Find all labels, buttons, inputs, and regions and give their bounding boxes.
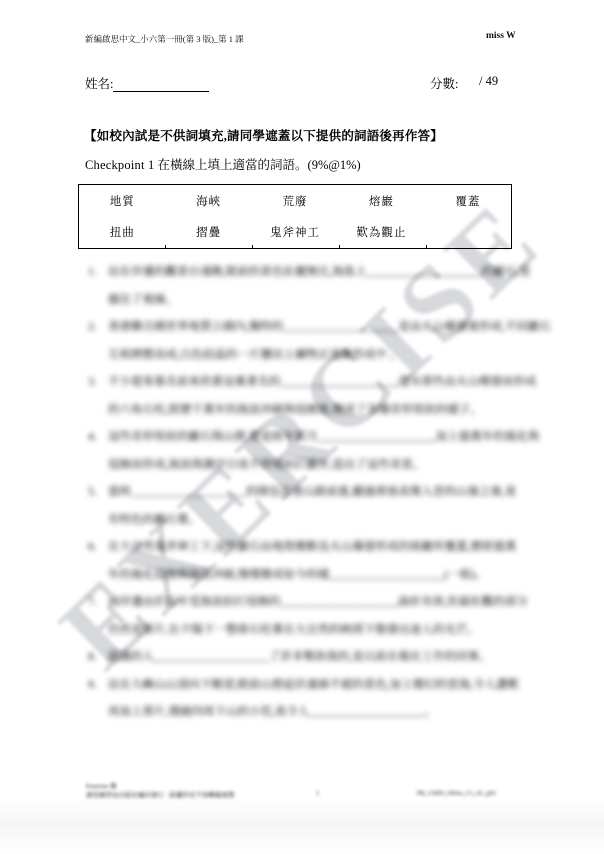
word-bank-cell bbox=[425, 217, 511, 249]
column-tick bbox=[339, 245, 340, 249]
question-text-line: 當時____________________的隊伍沿着山路前進,翻過那座高聳入雲… bbox=[108, 479, 528, 507]
question-number: 8. bbox=[88, 644, 97, 672]
question-text-line: 在大自然鬼斧神工下,這些巖石由地殼變動及火山爆發形成的熔巖所覆蓋,歷經億萬 bbox=[108, 534, 528, 562]
question-text-line: 仍然是那片,在夕陽下一整排石柱羣在大自然的映照下散發出迷人的光芒。 bbox=[108, 617, 528, 645]
score-label: 分數: bbox=[430, 74, 458, 92]
word-bank-row: 扭曲 摺疊 鬼斧神工 歎為觀止 bbox=[79, 217, 511, 249]
question-3: 3. 不少遊客慕名前來欣賞這裏著名的____________________,還… bbox=[88, 369, 528, 424]
question-text-line: 再加上那片,環繞四周下山的小徑,真令人____________________。 bbox=[108, 699, 528, 727]
question-text-line: 海岸邊由於長年受海浪拍打侵蝕的____________________,曲折有致… bbox=[108, 589, 528, 617]
name-label: 姓名: bbox=[85, 77, 113, 91]
column-tick bbox=[426, 245, 427, 249]
question-6: 6. 在大自然鬼斧神工下,這些巖石由地殼變動及火山爆發形成的熔巖所覆蓋,歷經億萬… bbox=[88, 534, 528, 589]
word-bank-cell: 鬼斧神工 bbox=[252, 217, 338, 249]
teacher-name: miss W bbox=[486, 31, 516, 41]
question-1: 1. 站在岸邊的觀景台遠眺,眼前的景色壯麗無比,海島上_____________… bbox=[88, 259, 528, 314]
question-9: 9. 站在大嶼山山頂向下眺望,眼前山巒起伏連綿不絕的景色,加上變幻的雲海,令人讚… bbox=[88, 672, 528, 727]
footer-line-1: Exercise 冊 bbox=[86, 781, 117, 790]
question-text-line: 侵蝕而形成,海浪與潮汐日夜不停地拍打巖岸,造出了這些奇景。 bbox=[108, 452, 528, 480]
question-number: 4. bbox=[88, 424, 97, 452]
question-text-line: 香港聯合國世界地質公園內,獨特的____________________是由火山… bbox=[108, 314, 528, 342]
word-bank-table: 地質 海峽 荒廢 熔巖 覆蓋 扭曲 摺疊 鬼斧神工 歎為觀止 bbox=[78, 184, 512, 249]
word-bank-cell: 歎為觀止 bbox=[338, 217, 424, 249]
question-text-line: 認識的人____________________了許多幫助我的,是以前在報社工作… bbox=[108, 644, 528, 672]
word-bank-cell: 扭曲 bbox=[79, 217, 165, 249]
question-5: 5. 當時____________________的隊伍沿着山路前進,翻過那座高… bbox=[88, 479, 528, 534]
question-text-line: 站在大嶼山山頂向下眺望,眼前山巒起伏連綿不絕的景色,加上變幻的雲海,令人讚歎 bbox=[108, 672, 528, 700]
question-number: 1. bbox=[88, 259, 97, 287]
question-number: 6. bbox=[88, 534, 97, 562]
question-4: 4. 這些奇形怪狀的巖石與山巒,都是經年累月__________________… bbox=[88, 424, 528, 479]
question-text-line: 站在岸邊的觀景台遠眺,眼前的景色壯麗無比,海島上________________… bbox=[108, 259, 528, 287]
questions-section: 1. 站在岸邊的觀景台遠眺,眼前的景色壯麗無比,海島上_____________… bbox=[88, 259, 528, 727]
name-blank-line bbox=[113, 79, 209, 92]
question-number: 5. bbox=[88, 479, 97, 507]
question-text-line: 的六角石柱,經歷千萬年的海浪沖刷與侵蝕後,變成了各種奇形怪狀的樣子。 bbox=[108, 397, 528, 425]
question-number: 3. bbox=[88, 369, 97, 397]
question-7: 7. 海岸邊由於長年受海浪拍打侵蝕的____________________,曲… bbox=[88, 589, 528, 644]
footer-doc-code: PR_CHIN_6Woo_C1_01_p01 bbox=[417, 790, 496, 797]
document-title: 新編啟思中文_小六第一冊(第 3 版)_第 1 課 bbox=[85, 33, 244, 45]
word-bank-cell: 覆蓋 bbox=[425, 185, 511, 217]
footer-line-2: 課堂練習由出版社編印發行 · 版權所有不得轉載複製 bbox=[86, 790, 234, 799]
word-bank-cell: 摺疊 bbox=[165, 217, 251, 249]
question-text-line: 互相擠壓而成,白色結晶的一片鹽田上礦物正逐漸形成中 。 bbox=[108, 342, 528, 370]
question-text-line: 不少遊客慕名前來欣賞這裏著名的____________________,還有那些… bbox=[108, 369, 528, 397]
column-tick bbox=[252, 245, 253, 249]
word-bank-cell: 海峽 bbox=[165, 185, 251, 217]
word-bank-cell: 荒廢 bbox=[252, 185, 338, 217]
cover-instruction: 【如校內試是不供詞填充,請同學遮蓋以下提供的詞語後再作答】 bbox=[84, 126, 443, 144]
column-tick bbox=[165, 245, 166, 249]
question-number: 9. bbox=[88, 672, 97, 700]
word-bank-cell: 地質 bbox=[79, 185, 165, 217]
question-2: 2. 香港聯合國世界地質公園內,獨特的____________________是… bbox=[88, 314, 528, 369]
footer-page-sep: 1 bbox=[316, 790, 319, 797]
question-text-line: 這些奇形怪狀的巖石與山巒,都是經年累月____________________,… bbox=[108, 424, 528, 452]
question-number: 7. bbox=[88, 589, 97, 617]
checkpoint-heading: Checkpoint 1 在橫線上填上適當的詞語。(9%@1%) bbox=[85, 155, 361, 173]
score-value: / 49 bbox=[479, 74, 498, 89]
question-text-line: 擋住了視線。 bbox=[108, 287, 528, 315]
question-text-line: 有特色的巖石羣。 bbox=[108, 507, 528, 535]
question-8: 8. 認識的人____________________了許多幫助我的,是以前在報… bbox=[88, 644, 528, 672]
scan-shadow bbox=[0, 798, 604, 854]
question-text-line: 年的風化侵蝕與海浪沖刷,慢慢變成如今的樣____________________… bbox=[108, 562, 528, 590]
word-bank-row: 地質 海峽 荒廢 熔巖 覆蓋 bbox=[79, 185, 511, 217]
checkpoint-instruction: 在橫線上填上適當的詞語。(9%@1%) bbox=[154, 158, 360, 172]
name-row: 姓名: bbox=[85, 74, 209, 92]
checkpoint-number: Checkpoint 1 bbox=[85, 158, 154, 172]
worksheet-page: 新編啟思中文_小六第一冊(第 3 版)_第 1 課 miss W 姓名: 分數:… bbox=[0, 0, 604, 854]
question-number: 2. bbox=[88, 314, 97, 342]
word-bank-cell: 熔巖 bbox=[338, 185, 424, 217]
